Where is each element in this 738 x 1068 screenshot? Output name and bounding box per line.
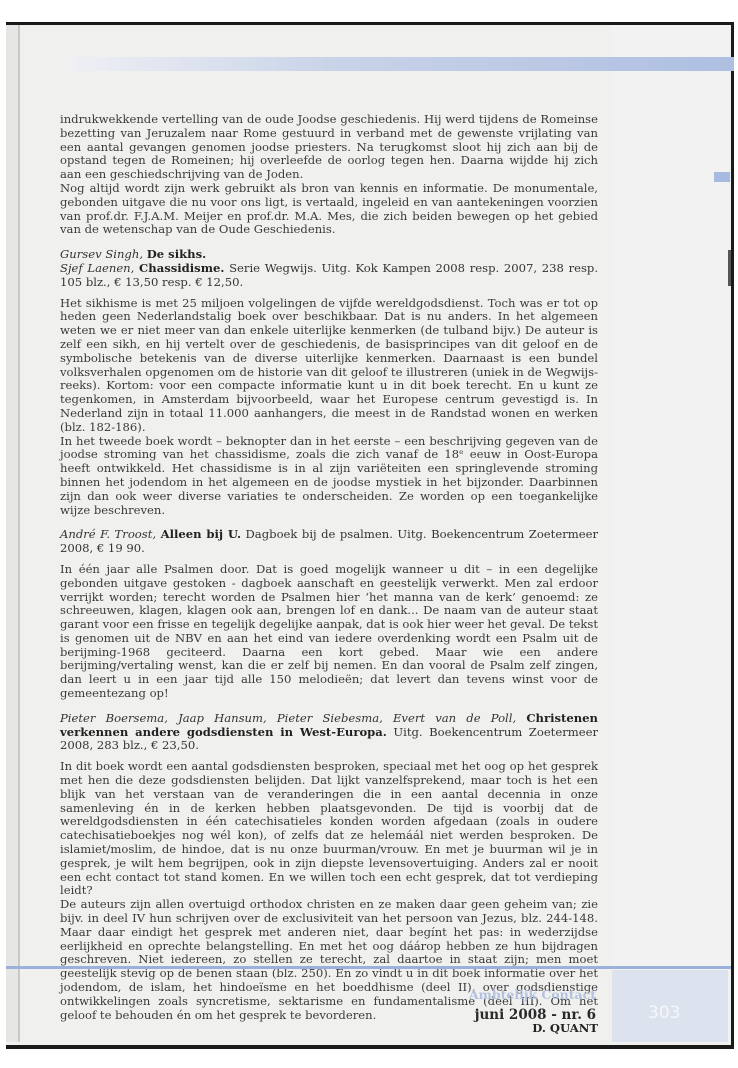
review-paragraph: De auteurs zijn allen overtuigd orthodox…: [60, 898, 598, 1022]
review-paragraph: Het sikhisme is met 25 miljoen volgeling…: [60, 297, 598, 435]
review-author: Pieter Boersema, Jaap Hansum, Pieter Sie…: [60, 711, 516, 725]
footer-rule: [6, 966, 731, 969]
review-title: Chassidisme.: [139, 261, 224, 275]
reviewer-signature: D. QUANT: [60, 1022, 598, 1036]
review-author: Gursev Singh,: [60, 247, 143, 261]
review-paragraph: In dit boek wordt een aantal godsdienste…: [60, 760, 598, 898]
page-left-shadow: [6, 25, 18, 1042]
page-edge-mark: [728, 250, 731, 286]
header-color-band: [70, 57, 734, 71]
review-title: De sikhs.: [147, 247, 206, 261]
review-paragraph: In één jaar alle Psalmen door. Dat is go…: [60, 563, 598, 701]
review-author: Sjef Laenen,: [60, 261, 134, 275]
review-heading-sikhs: Gursev Singh, De sikhs.: [60, 248, 598, 262]
issue-label: juni 2008 - nr. 6: [475, 1007, 596, 1023]
review-author: André F. Troost,: [60, 527, 156, 541]
magazine-title: Ambtelijk Contact: [469, 987, 596, 1002]
intro-paragraph: Nog altijd wordt zijn werk gebruikt als …: [60, 182, 598, 237]
intro-paragraph: indrukwekkende vertelling van de oude Jo…: [60, 113, 598, 182]
article-body: indrukwekkende vertelling van de oude Jo…: [60, 113, 598, 1036]
review-heading-chassidisme: Sjef Laenen, Chassidisme. Serie Wegwijs.…: [60, 262, 598, 290]
page-number: 303: [648, 1003, 680, 1023]
review-heading-psalmen: André F. Troost, Alleen bij U. Dagboek b…: [60, 528, 598, 556]
review-paragraph: In het tweede boek wordt – beknopter dan…: [60, 435, 598, 518]
review-heading-christenen: Pieter Boersema, Jaap Hansum, Pieter Sie…: [60, 712, 598, 753]
review-title: Alleen bij U.: [161, 527, 241, 541]
margin-marker: [714, 172, 730, 182]
page-spine-line: [18, 25, 20, 1042]
right-margin-strip: [612, 25, 728, 975]
